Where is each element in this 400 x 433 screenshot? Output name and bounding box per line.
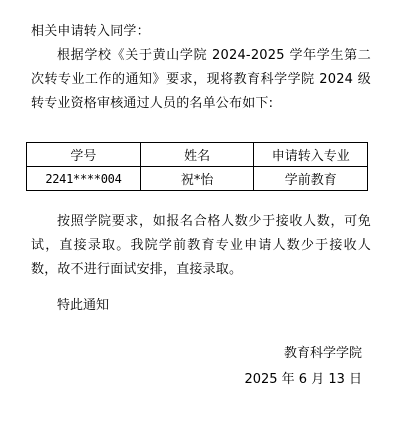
- closing-text: 特此通知: [57, 294, 109, 318]
- cell-student-id: 2241****004: [27, 167, 141, 191]
- signature-block: 教育科学学院 2025 年 6 月 13 日: [244, 341, 362, 393]
- body-paragraph: 按照学院要求，如报名合格人数少于接收人数，可免试，直接录取。我院学前教育专业申请…: [31, 210, 371, 282]
- intro-paragraph: 根据学校《关于黄山学院 2024-2025 学年学生第二次转专业工作的通知》要求…: [31, 44, 371, 116]
- approved-list-table: 学号 姓名 申请转入专业 2241****004 祝*怡 学前教育: [26, 142, 368, 191]
- header-name: 姓名: [140, 143, 254, 167]
- signature-org: 教育科学学院: [244, 341, 362, 367]
- signature-date: 2025 年 6 月 13 日: [244, 367, 362, 393]
- table-row: 2241****004 祝*怡 学前教育: [27, 167, 368, 191]
- cell-name: 祝*怡: [140, 167, 254, 191]
- salutation: 相关申请转入同学：: [31, 20, 371, 44]
- header-target-major: 申请转入专业: [254, 143, 368, 167]
- table-header-row: 学号 姓名 申请转入专业: [27, 143, 368, 167]
- notice-document: 相关申请转入同学： 根据学校《关于黄山学院 2024-2025 学年学生第二次转…: [31, 20, 371, 116]
- header-student-id: 学号: [27, 143, 141, 167]
- cell-target-major: 学前教育: [254, 167, 368, 191]
